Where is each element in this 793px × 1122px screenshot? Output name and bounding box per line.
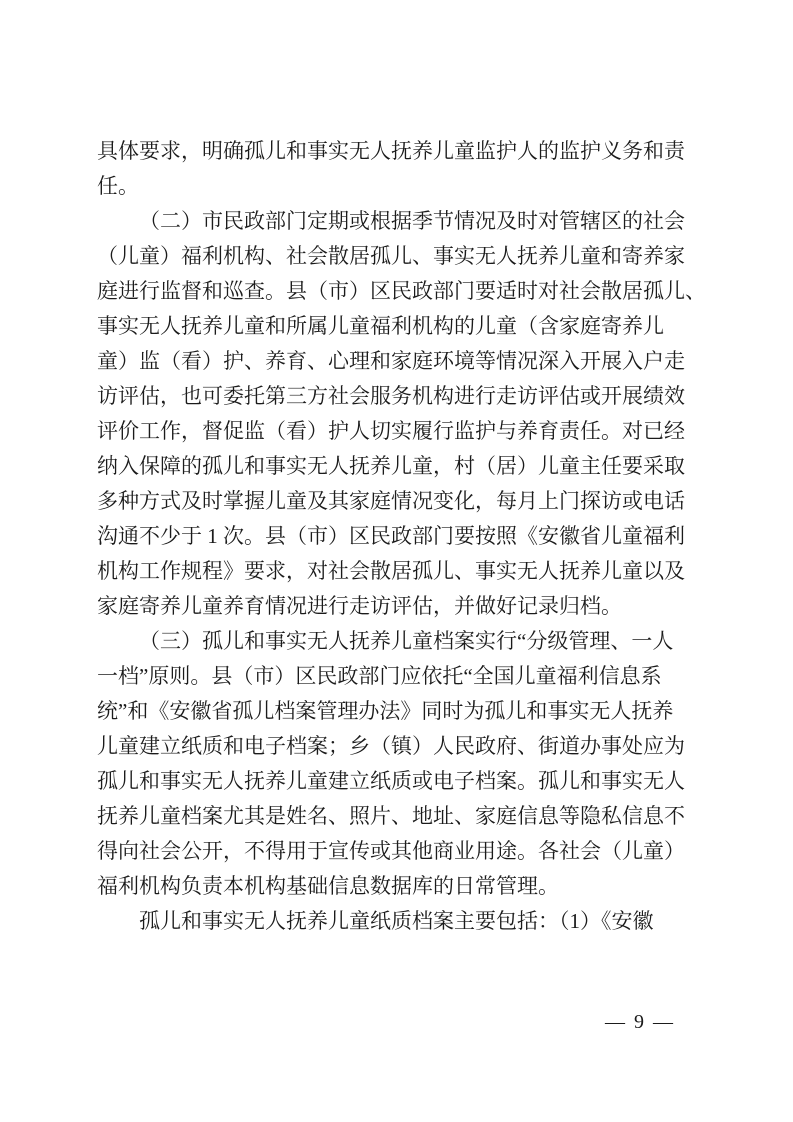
text-line: 任。 — [97, 169, 688, 204]
text-line: 一档”原则。县（市）区民政部门应依托“全国儿童福利信息系 — [97, 659, 688, 694]
text-line: 具体要求，明确孤儿和事实无人抚养儿童监护人的监护义务和责 — [97, 134, 688, 169]
text-line: 事实无人抚养儿童和所属儿童福利机构的儿童（含家庭寄养儿 — [97, 309, 688, 344]
text-line-paragraph-start: 孤儿和事实无人抚养儿童纸质档案主要包括：（1）《安徽 — [97, 904, 688, 939]
text-line: 纳入保障的孤儿和事实无人抚养儿童，村（居）儿童主任要采取 — [97, 449, 688, 484]
text-line: 孤儿和事实无人抚养儿童建立纸质或电子档案。孤儿和事实无人 — [97, 764, 688, 799]
text-line: 福利机构负责本机构基础信息数据库的日常管理。 — [97, 869, 688, 904]
text-line: 评价工作，督促监（看）护人切实履行监护与养育责任。对已经 — [97, 414, 688, 449]
document-body: 具体要求，明确孤儿和事实无人抚养儿童监护人的监护义务和责 任。 （二）市民政部门… — [97, 134, 688, 939]
text-line: 沟通不少于 1 次。县（市）区民政部门要按照《安徽省儿童福利 — [97, 519, 688, 554]
text-line: 机构工作规程》要求，对社会散居孤儿、事实无人抚养儿童以及 — [97, 554, 688, 589]
text-line: （儿童）福利机构、社会散居孤儿、事实无人抚养儿童和寄养家 — [97, 239, 688, 274]
text-line: 童）监（看）护、养育、心理和家庭环境等情况深入开展入户走 — [97, 344, 688, 379]
text-line: 抚养儿童档案尤其是姓名、照片、地址、家庭信息等隐私信息不 — [97, 799, 688, 834]
text-line: 访评估，也可委托第三方社会服务机构进行走访评估或开展绩效 — [97, 379, 688, 414]
document-page: 具体要求，明确孤儿和事实无人抚养儿童监护人的监护义务和责 任。 （二）市民政部门… — [0, 0, 793, 1122]
text-line: 多种方式及时掌握儿童及其家庭情况变化，每月上门探访或电话 — [97, 484, 688, 519]
page-number: — 9 — — [605, 1005, 675, 1040]
text-line: 家庭寄养儿童养育情况进行走访评估，并做好记录归档。 — [97, 589, 688, 624]
text-line: 得向社会公开，不得用于宣传或其他商业用途。各社会（儿童） — [97, 834, 688, 869]
text-line: 庭进行监督和巡查。县（市）区民政部门要适时对社会散居孤儿、 — [97, 274, 688, 309]
text-line: 统”和《安徽省孤儿档案管理办法》同时为孤儿和事实无人抚养 — [97, 694, 688, 729]
text-line-paragraph-start: （二）市民政部门定期或根据季节情况及时对管辖区的社会 — [97, 204, 688, 239]
text-line: 儿童建立纸质和电子档案；乡（镇）人民政府、街道办事处应为 — [97, 729, 688, 764]
text-line-paragraph-start: （三）孤儿和事实无人抚养儿童档案实行“分级管理、一人 — [97, 624, 688, 659]
